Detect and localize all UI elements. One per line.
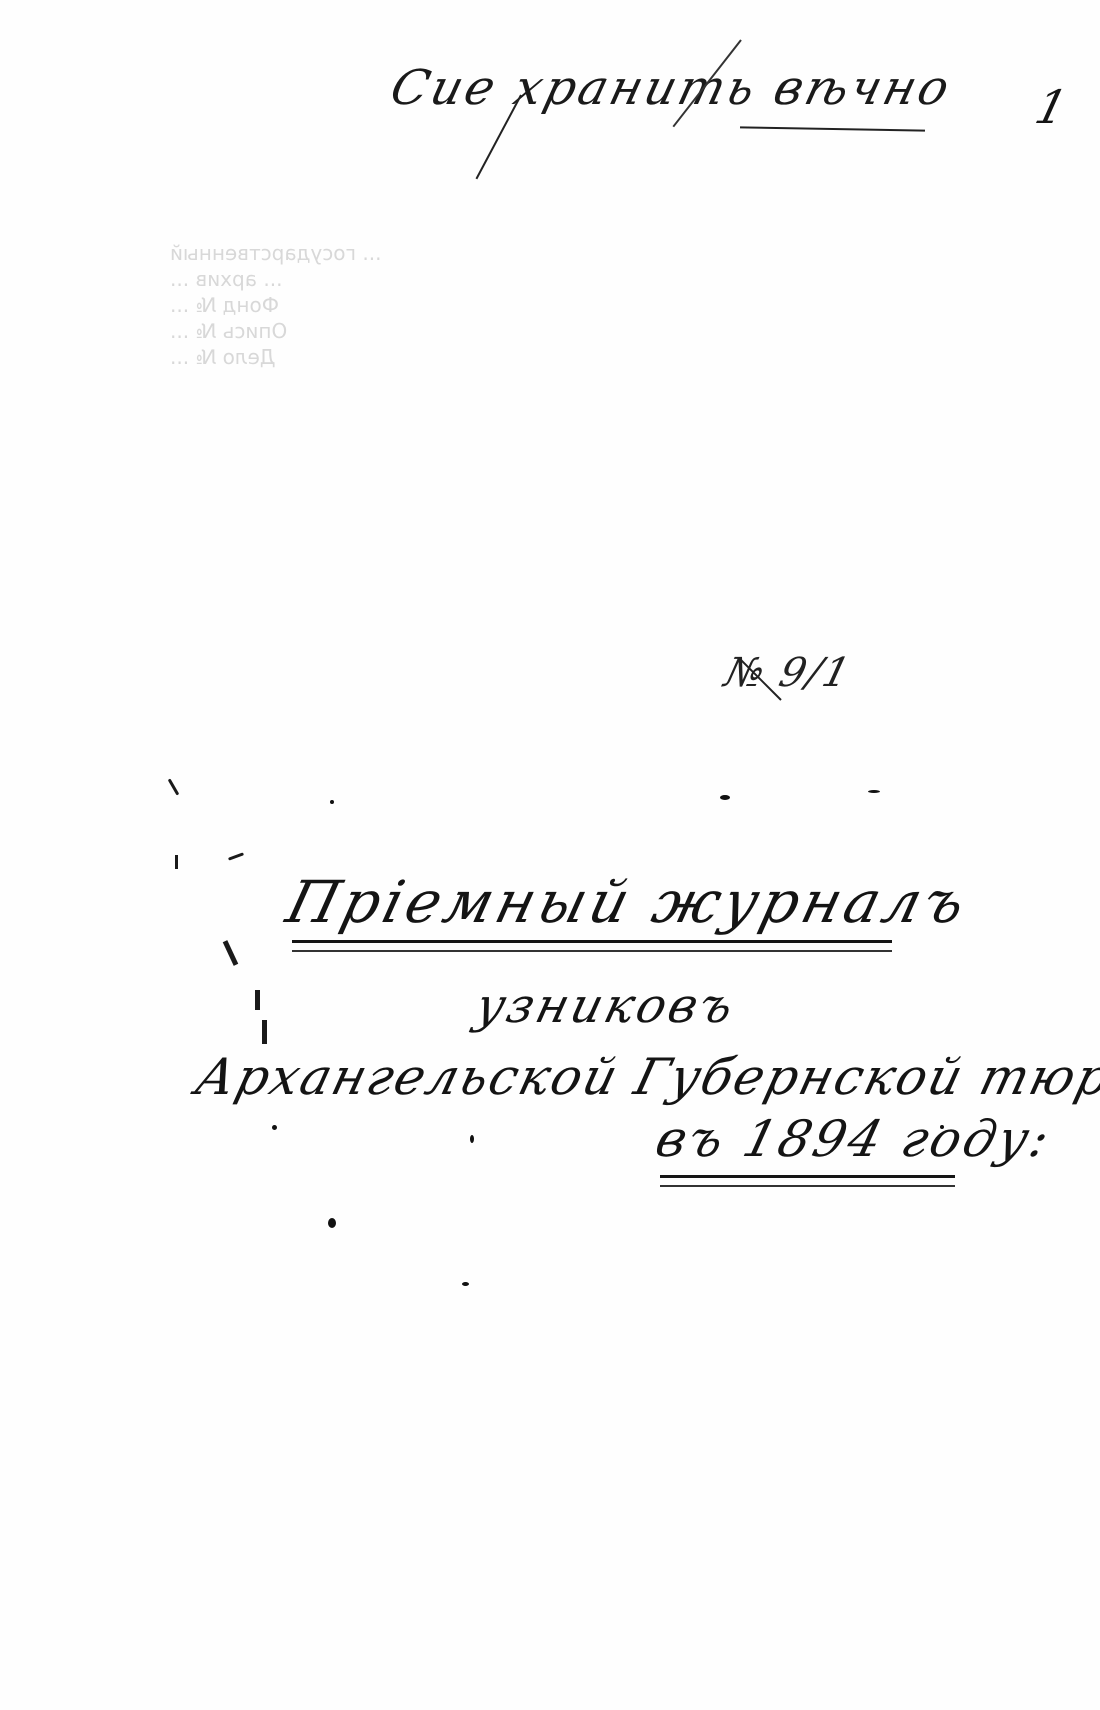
header-underline [740, 126, 925, 131]
margin-mark [223, 940, 239, 966]
stamp-line: ... архив ... [170, 266, 510, 292]
document-page: ... государственный ... архив ... Фонд №… [0, 0, 1100, 1710]
ink-speck [868, 790, 880, 793]
ink-speck [330, 800, 334, 804]
ink-speck [720, 795, 730, 800]
ink-speck [940, 1125, 944, 1129]
year-underline [660, 1175, 955, 1187]
margin-mark [228, 852, 244, 860]
title-line-2: узниковъ [470, 978, 742, 1034]
ink-speck [470, 1135, 474, 1143]
stamp-line: Опись № ... [170, 318, 510, 344]
margin-mark [168, 778, 180, 795]
title-line-1: Пріемный журналъ [280, 868, 976, 936]
margin-mark [175, 855, 178, 869]
header-note: Сие хранить вѣчно [385, 60, 958, 116]
stamp-line: ... государственный [170, 240, 510, 266]
stamp-line: Фонд № ... [170, 292, 510, 318]
stamp-line: Дело № ... [170, 344, 510, 370]
title-underline [292, 940, 892, 952]
margin-mark [262, 1020, 267, 1044]
bleed-through-stamp: ... государственный ... архив ... Фонд №… [170, 240, 510, 370]
margin-mark [255, 990, 260, 1010]
page-number: 1 [1030, 80, 1074, 134]
title-line-4: въ 1894 году: [650, 1110, 1058, 1168]
number-mark: № 9/1 [720, 650, 856, 696]
ink-speck [272, 1125, 277, 1130]
ink-speck [328, 1218, 336, 1228]
ink-speck [462, 1282, 469, 1286]
title-line-3: Архангельской Губернской тюрьмы [190, 1048, 1100, 1106]
